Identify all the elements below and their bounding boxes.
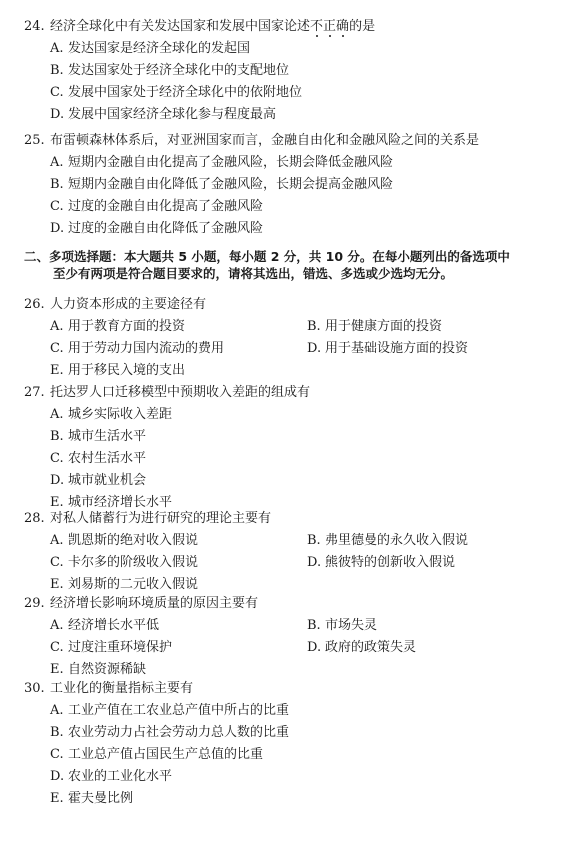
option-b: B.用于健康方面的投资 bbox=[307, 316, 564, 338]
stem-text: 托达罗人口迁移模型中预期收入差距的组成有 bbox=[50, 385, 310, 400]
question-stem: 28.对私人储蓄行为进行研究的理论主要有 bbox=[24, 508, 564, 530]
option-b: B.城市生活水平 bbox=[50, 426, 564, 448]
option-a: A.用于教育方面的投资 bbox=[50, 316, 307, 338]
question-number: 28. bbox=[24, 508, 50, 530]
option-e: E.用于移民入境的支出 bbox=[50, 360, 564, 382]
question-24: 24.经济全球化中有关发达国家和发展中国家论述不正确的是 A.发达国家是经济全球… bbox=[24, 16, 564, 126]
option-c: C.过度注重环境保护 bbox=[50, 637, 307, 659]
option-d: D.农业的工业化水平 bbox=[50, 766, 564, 788]
question-number: 24. bbox=[24, 16, 50, 38]
stem-text: 工业化的衡量指标主要有 bbox=[50, 681, 193, 696]
question-stem: 29.经济增长影响环境质量的原因主要有 bbox=[24, 593, 564, 615]
stem-text: 布雷顿森林体系后，对亚洲国家而言，金融自由化和金融风险之间的关系是 bbox=[50, 133, 479, 148]
option-c: C.用于劳动力国内流动的费用 bbox=[50, 338, 307, 360]
option-a: A.短期内金融自由化提高了金融风险，长期会降低金融风险 bbox=[50, 152, 564, 174]
question-number: 30. bbox=[24, 678, 50, 700]
option-a: A.凯恩斯的绝对收入假说 bbox=[50, 530, 307, 552]
question-number: 26. bbox=[24, 294, 50, 316]
option-list: A.短期内金融自由化提高了金融风险，长期会降低金融风险 B.短期内金融自由化降低… bbox=[50, 152, 564, 240]
option-d: D.过度的金融自由化降低了金融风险 bbox=[50, 218, 564, 240]
question-number: 25. bbox=[24, 130, 50, 152]
option-d: D.发展中国家经济全球化参与程度最高 bbox=[50, 104, 564, 126]
stem-text: 经济增长影响环境质量的原因主要有 bbox=[50, 596, 258, 611]
question-28: 28.对私人储蓄行为进行研究的理论主要有 A.凯恩斯的绝对收入假说 B.弗里德曼… bbox=[24, 508, 564, 596]
option-d: D.用于基础设施方面的投资 bbox=[307, 338, 564, 360]
option-b: B.市场失灵 bbox=[307, 615, 564, 637]
option-list: A.发达国家是经济全球化的发起国 B.发达国家处于经济全球化中的支配地位 C.发… bbox=[50, 38, 564, 126]
question-stem: 26.人力资本形成的主要途径有 bbox=[24, 294, 564, 316]
question-stem: 24.经济全球化中有关发达国家和发展中国家论述不正确的是 bbox=[24, 16, 564, 38]
stem-text: 对私人储蓄行为进行研究的理论主要有 bbox=[50, 511, 271, 526]
option-list: A.经济增长水平低 B.市场失灵 C.过度注重环境保护 D.政府的政策失灵 E.… bbox=[50, 615, 564, 681]
question-number: 29. bbox=[24, 593, 50, 615]
option-row: A.凯恩斯的绝对收入假说 B.弗里德曼的永久收入假说 bbox=[50, 530, 564, 552]
option-row: C.过度注重环境保护 D.政府的政策失灵 bbox=[50, 637, 564, 659]
option-c: C.农村生活水平 bbox=[50, 448, 564, 470]
option-c: C.发展中国家处于经济全球化中的依附地位 bbox=[50, 82, 564, 104]
stem-text: 经济全球化中有关发达国家和发展中国家论述 bbox=[50, 19, 310, 34]
option-c: C.过度的金融自由化提高了金融风险 bbox=[50, 196, 564, 218]
option-b: B.发达国家处于经济全球化中的支配地位 bbox=[50, 60, 564, 82]
option-d: D.熊彼特的创新收入假说 bbox=[307, 552, 564, 574]
option-e: E.霍夫曼比例 bbox=[50, 788, 564, 810]
question-25: 25.布雷顿森林体系后，对亚洲国家而言，金融自由化和金融风险之间的关系是 A.短… bbox=[24, 130, 564, 240]
exam-page: 24.经济全球化中有关发达国家和发展中国家论述不正确的是 A.发达国家是经济全球… bbox=[0, 0, 587, 847]
emphasis-char: 确 bbox=[336, 19, 349, 34]
option-b: B.弗里德曼的永久收入假说 bbox=[307, 530, 564, 552]
option-list: A.用于教育方面的投资 B.用于健康方面的投资 C.用于劳动力国内流动的费用 D… bbox=[50, 316, 564, 382]
question-30: 30.工业化的衡量指标主要有 A.工业产值在工农业总产值中所占的比重 B.农业劳… bbox=[24, 678, 564, 810]
option-b: B.短期内金融自由化降低了金融风险，长期会提高金融风险 bbox=[50, 174, 564, 196]
option-c: C.卡尔多的阶级收入假说 bbox=[50, 552, 307, 574]
question-number: 27. bbox=[24, 382, 50, 404]
option-row: A.用于教育方面的投资 B.用于健康方面的投资 bbox=[50, 316, 564, 338]
section-heading-line2: 至少有两项是符合题目要求的，请将其选出，错选、多选或少选均无分。 bbox=[24, 265, 569, 282]
question-29: 29.经济增长影响环境质量的原因主要有 A.经济增长水平低 B.市场失灵 C.过… bbox=[24, 593, 564, 681]
stem-text: 的是 bbox=[349, 19, 375, 34]
question-27: 27.托达罗人口迁移模型中预期收入差距的组成有 A.城乡实际收入差距 B.城市生… bbox=[24, 382, 564, 514]
question-stem: 25.布雷顿森林体系后，对亚洲国家而言，金融自由化和金融风险之间的关系是 bbox=[24, 130, 564, 152]
option-c: C.工业总产值占国民生产总值的比重 bbox=[50, 744, 564, 766]
option-row: C.卡尔多的阶级收入假说 D.熊彼特的创新收入假说 bbox=[50, 552, 564, 574]
option-list: A.凯恩斯的绝对收入假说 B.弗里德曼的永久收入假说 C.卡尔多的阶级收入假说 … bbox=[50, 530, 564, 596]
emphasis-char: 不 bbox=[310, 19, 323, 34]
question-26: 26.人力资本形成的主要途径有 A.用于教育方面的投资 B.用于健康方面的投资 … bbox=[24, 294, 564, 382]
emphasis-char: 正 bbox=[323, 19, 336, 34]
question-stem: 27.托达罗人口迁移模型中预期收入差距的组成有 bbox=[24, 382, 564, 404]
stem-text: 人力资本形成的主要途径有 bbox=[50, 297, 206, 312]
question-stem: 30.工业化的衡量指标主要有 bbox=[24, 678, 564, 700]
section-heading-line1: 二、多项选择题：本大题共 5 小题，每小题 2 分，共 10 分。在每小题列出的… bbox=[24, 248, 569, 265]
option-list: A.城乡实际收入差距 B.城市生活水平 C.农村生活水平 D.城市就业机会 E.… bbox=[50, 404, 564, 514]
section-heading-multiple-choice: 二、多项选择题：本大题共 5 小题，每小题 2 分，共 10 分。在每小题列出的… bbox=[24, 248, 569, 282]
option-row: C.用于劳动力国内流动的费用 D.用于基础设施方面的投资 bbox=[50, 338, 564, 360]
option-a: A.经济增长水平低 bbox=[50, 615, 307, 637]
option-a: A.城乡实际收入差距 bbox=[50, 404, 564, 426]
option-a: A.工业产值在工农业总产值中所占的比重 bbox=[50, 700, 564, 722]
option-d: D.政府的政策失灵 bbox=[307, 637, 564, 659]
option-d: D.城市就业机会 bbox=[50, 470, 564, 492]
option-list: A.工业产值在工农业总产值中所占的比重 B.农业劳动力占社会劳动力总人数的比重 … bbox=[50, 700, 564, 810]
option-row: A.经济增长水平低 B.市场失灵 bbox=[50, 615, 564, 637]
option-b: B.农业劳动力占社会劳动力总人数的比重 bbox=[50, 722, 564, 744]
option-a: A.发达国家是经济全球化的发起国 bbox=[50, 38, 564, 60]
